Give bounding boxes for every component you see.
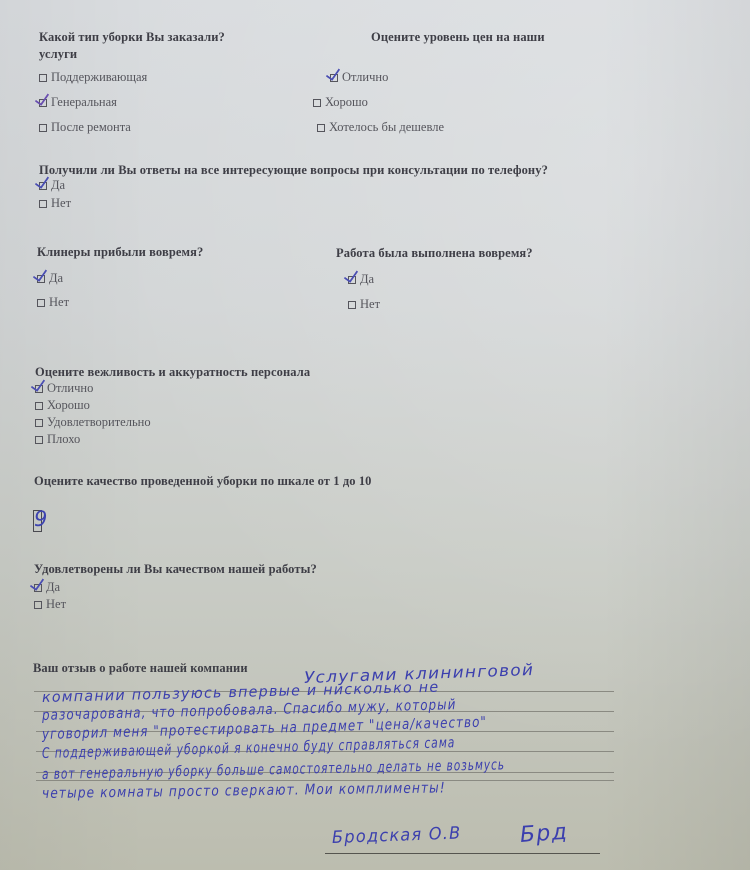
- option-cleaning-maintenance[interactable]: Поддерживающая: [39, 70, 147, 85]
- checkbox-icon[interactable]: [348, 301, 356, 309]
- question-cleaners-on-time: Клинеры прибыли вовремя?: [37, 245, 203, 260]
- checkbox-checked-icon[interactable]: [34, 584, 42, 592]
- checkbox-icon[interactable]: [35, 402, 43, 410]
- option-label: Нет: [46, 597, 66, 612]
- option-label: Генеральная: [51, 95, 117, 110]
- option-staff-good[interactable]: Хорошо: [35, 398, 90, 413]
- option-staff-satisfactory[interactable]: Удовлетворительно: [35, 415, 151, 430]
- option-phone-yes[interactable]: Да: [39, 178, 65, 193]
- checkbox-icon[interactable]: [317, 124, 325, 132]
- option-satisfied-no[interactable]: Нет: [34, 597, 66, 612]
- option-cleaning-after-renovation[interactable]: После ремонта: [39, 120, 131, 135]
- checkbox-icon[interactable]: [35, 436, 43, 444]
- signature-initials: Брд: [519, 820, 569, 848]
- question-price-level: Оцените уровень цен на наши: [371, 30, 545, 45]
- signature-line: [325, 853, 600, 854]
- option-cleaning-general[interactable]: Генеральная: [39, 95, 117, 110]
- checkbox-icon[interactable]: [313, 99, 321, 107]
- option-label: Хорошо: [47, 398, 90, 413]
- signature-name: Бродская О.В: [332, 823, 462, 848]
- option-label: Поддерживающая: [51, 70, 147, 85]
- option-label: Да: [46, 580, 60, 595]
- option-label: Да: [360, 272, 374, 287]
- checkbox-checked-icon[interactable]: [35, 385, 43, 393]
- option-label: Да: [51, 178, 65, 193]
- question-staff-politeness: Оцените вежливость и аккуратность персон…: [35, 365, 310, 380]
- option-label: Отлично: [342, 70, 388, 85]
- question-cleaning-type-continuation: услуги: [39, 47, 77, 62]
- option-label: Нет: [49, 295, 69, 310]
- option-satisfied-yes[interactable]: Да: [34, 580, 60, 595]
- option-staff-excellent[interactable]: Отлично: [35, 381, 93, 396]
- option-price-cheaper[interactable]: Хотелось бы дешевле: [317, 120, 444, 135]
- checkbox-checked-icon[interactable]: [37, 275, 45, 283]
- option-label: Хорошо: [325, 95, 368, 110]
- checkbox-checked-icon[interactable]: [330, 74, 338, 82]
- option-label: После ремонта: [51, 120, 131, 135]
- question-cleaning-type: Какой тип уборки Вы заказали?: [39, 30, 225, 45]
- handwriting-line: четыре комнаты просто сверкают. Мои комп…: [42, 780, 446, 802]
- option-price-excellent[interactable]: Отлично: [330, 70, 388, 85]
- option-cleaners-on-time-yes[interactable]: Да: [37, 271, 63, 286]
- option-label: Хотелось бы дешевле: [329, 120, 444, 135]
- checkbox-icon[interactable]: [39, 74, 47, 82]
- checkbox-icon[interactable]: [37, 299, 45, 307]
- score-value: 9: [34, 507, 47, 531]
- option-label: Да: [49, 271, 63, 286]
- checkbox-icon[interactable]: [35, 419, 43, 427]
- checkbox-icon[interactable]: [34, 601, 42, 609]
- checkbox-icon[interactable]: [39, 124, 47, 132]
- option-label: Нет: [360, 297, 380, 312]
- checkbox-icon[interactable]: [39, 200, 47, 208]
- option-phone-no[interactable]: Нет: [39, 196, 71, 211]
- checkbox-checked-icon[interactable]: [39, 182, 47, 190]
- checkbox-checked-icon[interactable]: [39, 99, 47, 107]
- question-feedback: Ваш отзыв о работе нашей компании: [33, 661, 248, 676]
- option-work-on-time-yes[interactable]: Да: [348, 272, 374, 287]
- option-label: Нет: [51, 196, 71, 211]
- question-phone-consultation: Получили ли Вы ответы на все интересующи…: [39, 163, 548, 178]
- question-satisfied: Удовлетворены ли Вы качеством нашей рабо…: [34, 562, 317, 577]
- option-price-good[interactable]: Хорошо: [313, 95, 368, 110]
- question-quality-score: Оцените качество проведенной уборки по ш…: [34, 474, 372, 489]
- question-work-on-time: Работа была выполнена вовремя?: [336, 246, 533, 261]
- option-label: Отлично: [47, 381, 93, 396]
- option-staff-poor[interactable]: Плохо: [35, 432, 80, 447]
- option-work-on-time-no[interactable]: Нет: [348, 297, 380, 312]
- checkbox-checked-icon[interactable]: [348, 276, 356, 284]
- option-label: Удовлетворительно: [47, 415, 151, 430]
- option-label: Плохо: [47, 432, 80, 447]
- option-cleaners-on-time-no[interactable]: Нет: [37, 295, 69, 310]
